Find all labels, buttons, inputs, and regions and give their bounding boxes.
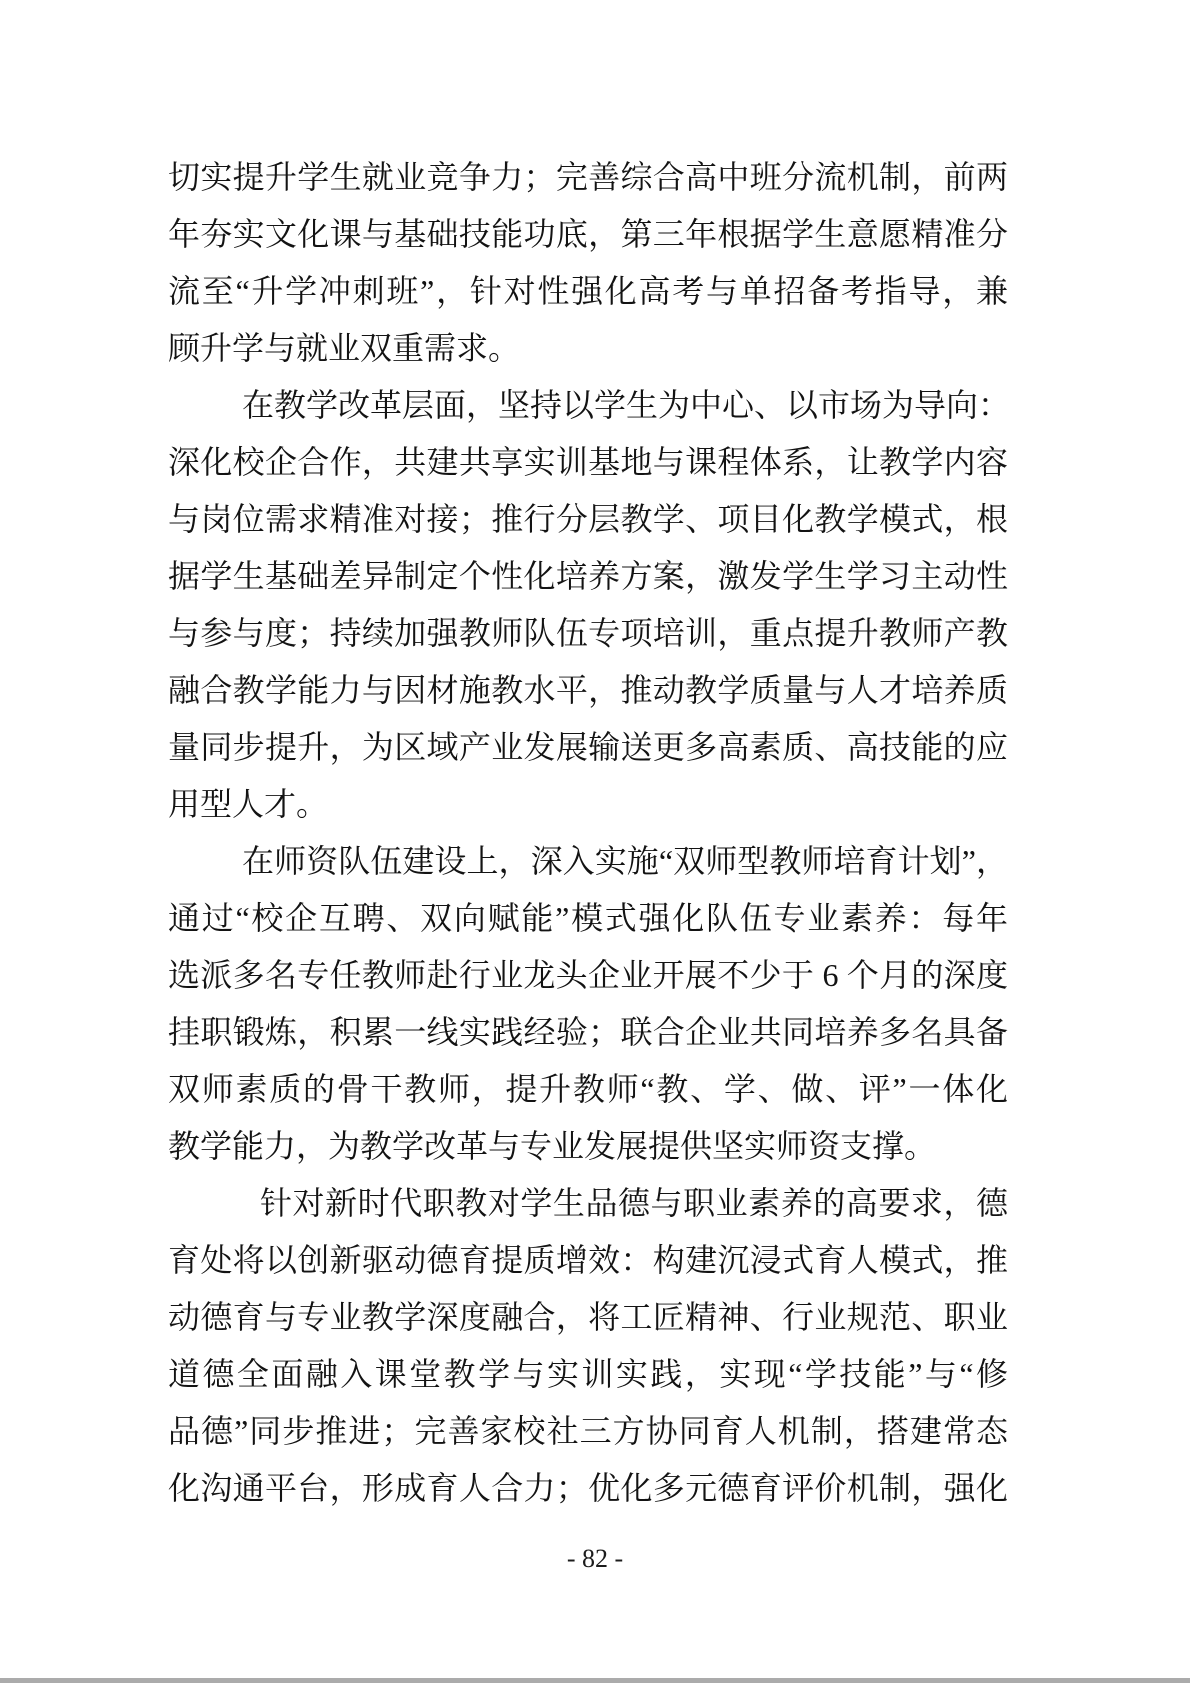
- text-line: 育处将以创新驱动德育提质增效：构建沉浸式育人模式，推: [168, 1232, 1008, 1289]
- text-line: 切实提升学生就业竞争力；完善综合高中班分流机制，前两: [168, 149, 1008, 206]
- document-page: 切实提升学生就业竞争力；完善综合高中班分流机制，前两 年夯实文化课与基础技能功底…: [0, 0, 1190, 1683]
- text-line: 与参与度；持续加强教师队伍专项培训，重点提升教师产教: [168, 605, 1008, 662]
- text-line: 化沟通平台，形成育人合力；优化多元德育评价机制，强化: [168, 1460, 1008, 1517]
- text-line: 在师资队伍建设上，深入实施“双师型教师培育计划”，: [168, 833, 1008, 890]
- page-bottom-edge: [0, 1678, 1190, 1683]
- text-line: 挂职锻炼，积累一线实践经验；联合企业共同培养多名具备: [168, 1004, 1008, 1061]
- text-line: 动德育与专业教学深度融合，将工匠精神、行业规范、职业: [168, 1289, 1008, 1346]
- text-line: 用型人才。: [168, 776, 1008, 833]
- text-line: 教学能力，为教学改革与专业发展提供坚实师资支撑。: [168, 1118, 1008, 1175]
- text-line: 年夯实文化课与基础技能功底，第三年根据学生意愿精准分: [168, 206, 1008, 263]
- text-line: 顾升学与就业双重需求。: [168, 320, 1008, 377]
- document-body-text: 切实提升学生就业竞争力；完善综合高中班分流机制，前两 年夯实文化课与基础技能功底…: [168, 149, 1008, 1517]
- text-line: 深化校企合作，共建共享实训基地与课程体系，让教学内容: [168, 434, 1008, 491]
- text-line: 选派多名专任教师赴行业龙头企业开展不少于 6 个月的深度: [168, 947, 1008, 1004]
- text-line: 与岗位需求精准对接；推行分层教学、项目化教学模式，根: [168, 491, 1008, 548]
- text-line: 据学生基础差异制定个性化培养方案，激发学生学习主动性: [168, 548, 1008, 605]
- text-line: 量同步提升，为区域产业发展输送更多高素质、高技能的应: [168, 719, 1008, 776]
- text-line: 品德”同步推进；完善家校社三方协同育人机制，搭建常态: [168, 1403, 1008, 1460]
- page-number: - 82 -: [0, 1544, 1190, 1574]
- text-line: 针对新时代职教对学生品德与职业素养的高要求，德: [168, 1175, 1008, 1232]
- text-line: 融合教学能力与因材施教水平，推动教学质量与人才培养质: [168, 662, 1008, 719]
- text-line: 道德全面融入课堂教学与实训实践，实现“学技能”与“修: [168, 1346, 1008, 1403]
- text-line: 流至“升学冲刺班”，针对性强化高考与单招备考指导，兼: [168, 263, 1008, 320]
- text-line: 双师素质的骨干教师，提升教师“教、学、做、评”一体化: [168, 1061, 1008, 1118]
- text-line: 通过“校企互聘、双向赋能”模式强化队伍专业素养：每年: [168, 890, 1008, 947]
- text-line: 在教学改革层面，坚持以学生为中心、以市场为导向：: [168, 377, 1008, 434]
